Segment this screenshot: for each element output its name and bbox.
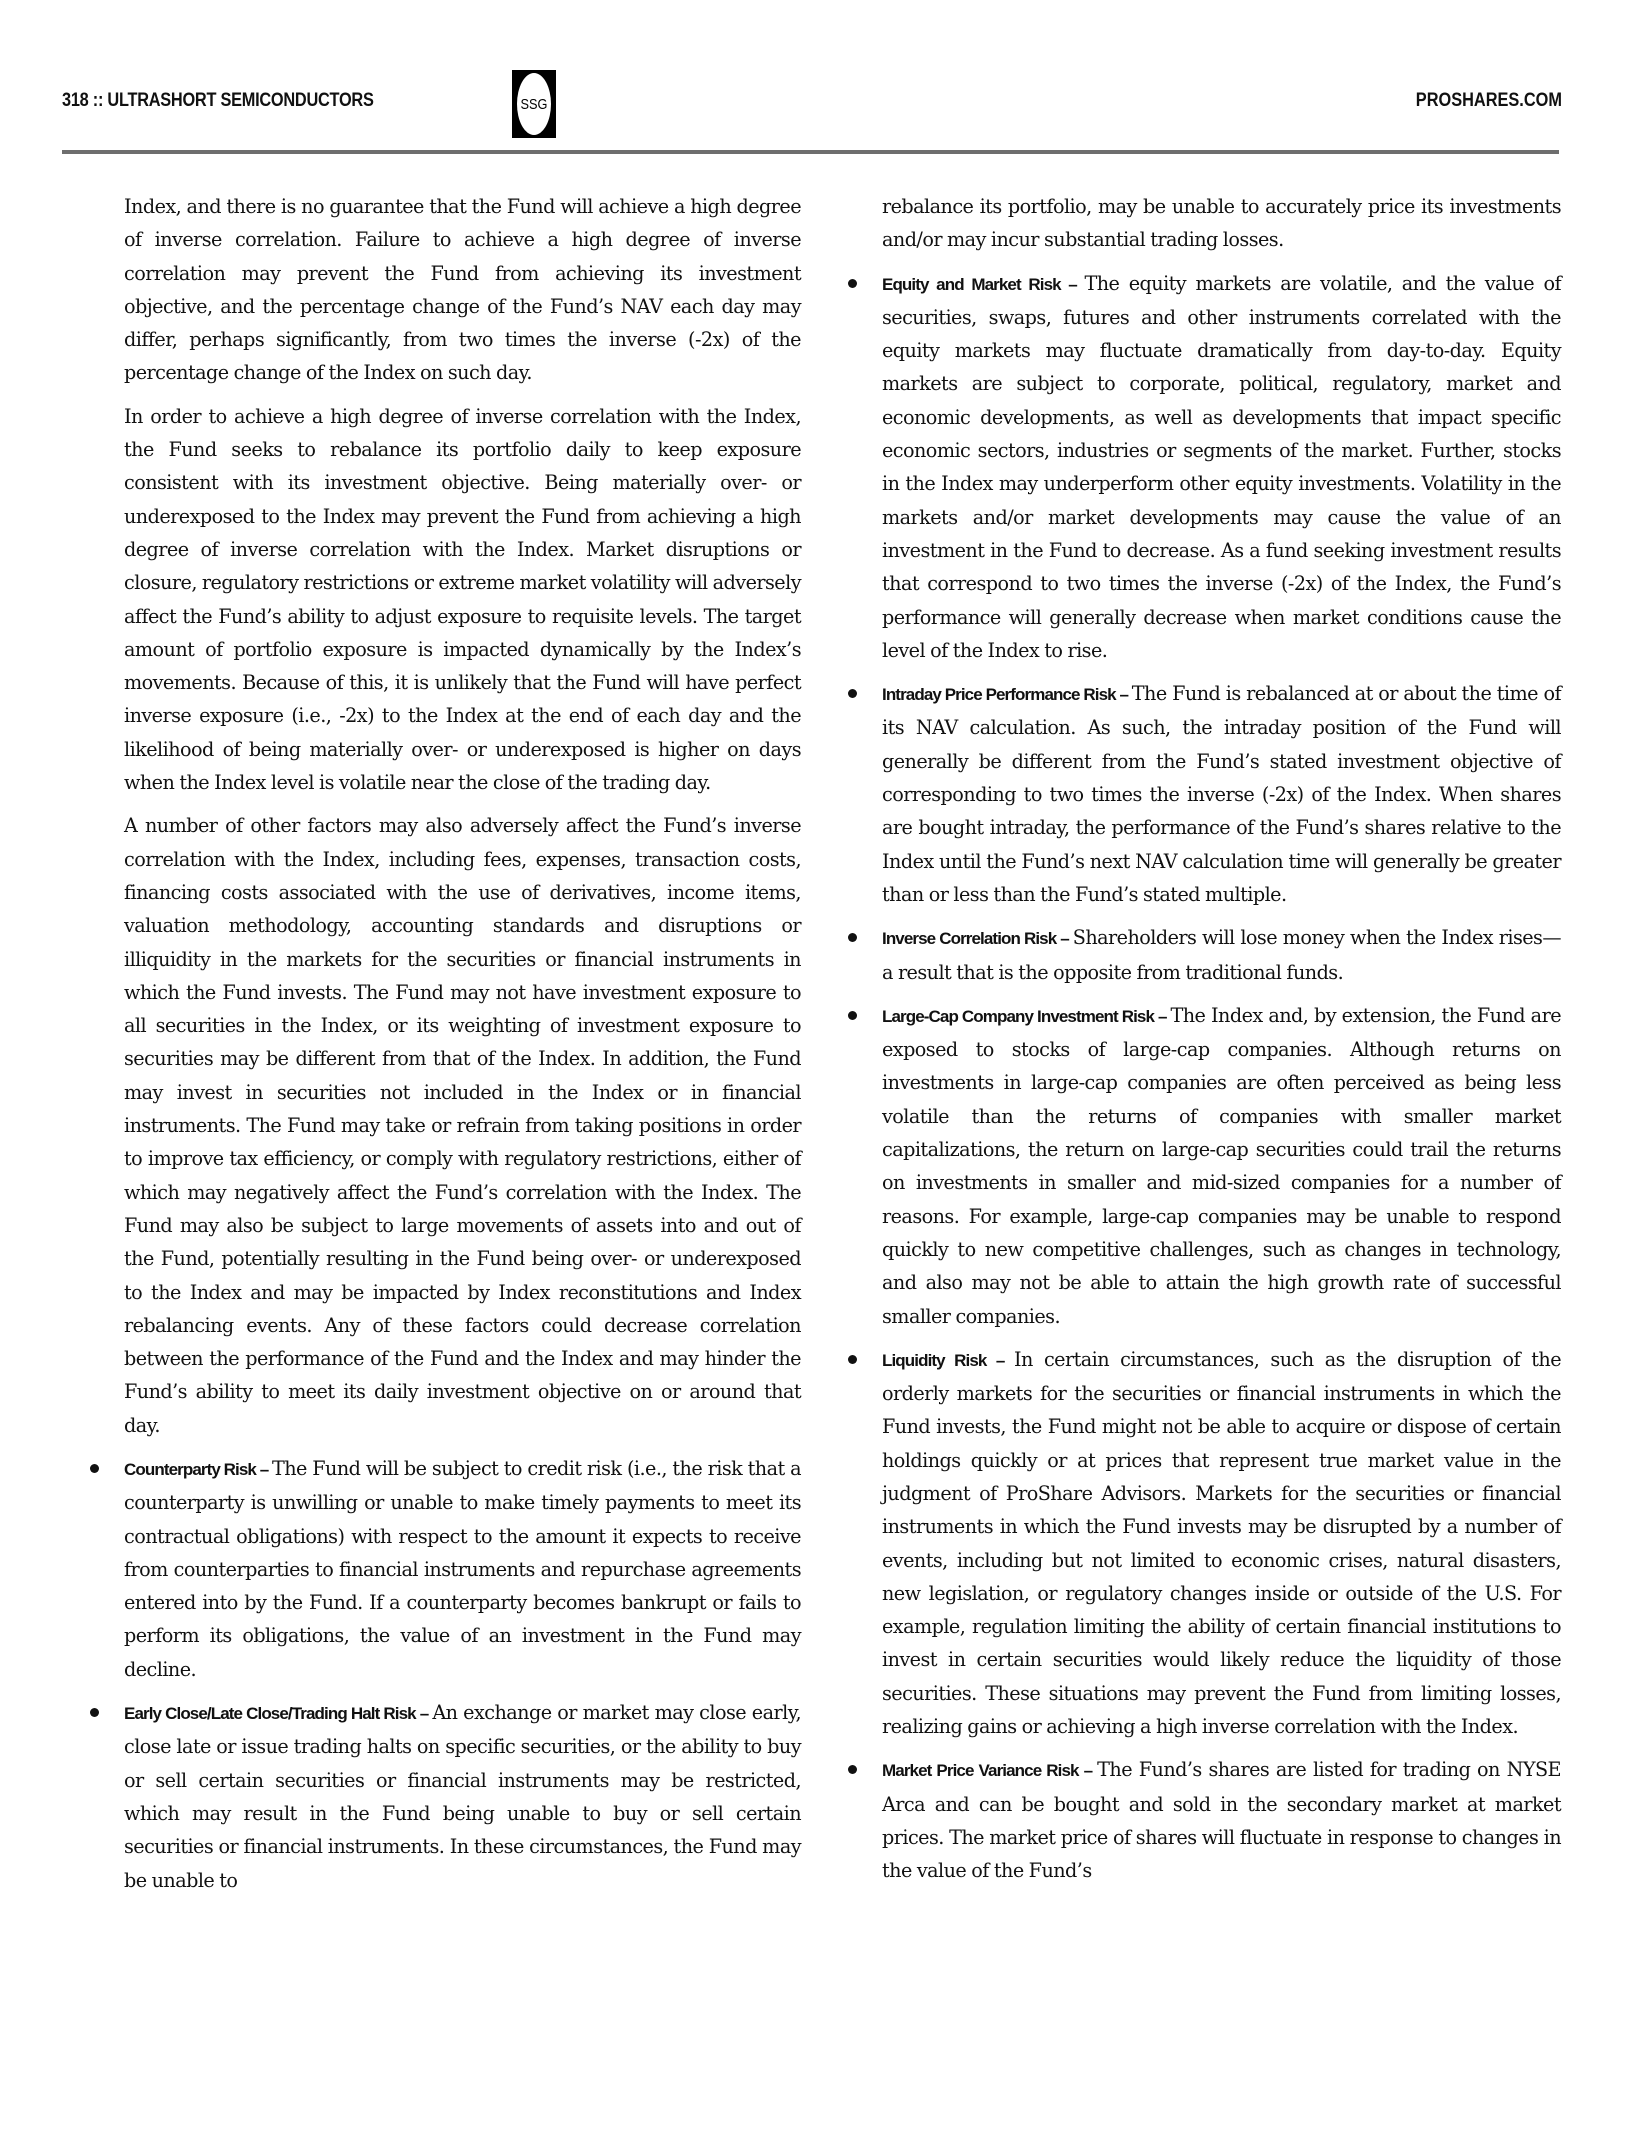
risk-text: The Fund is rebalanced at or about the t… [882,682,1561,906]
risk-heading: Early Close/Late Close/Trading Halt Risk… [124,1704,432,1723]
bullet-icon [848,1011,857,1020]
risk-text: An exchange or market may close early, c… [124,1701,801,1891]
risk-item-early-close: Early Close/Late Close/Trading Halt Risk… [124,1696,801,1897]
risk-heading: Equity and Market Risk – [882,275,1085,294]
risk-heading: Liquidity Risk – [882,1351,1014,1370]
page-number-and-fund-title: 318 :: ULTRASHORT SEMICONDUCTORS [62,90,374,112]
bullet-icon [848,279,857,288]
paragraph: A number of other factors may also adver… [124,809,801,1442]
risk-heading: Intraday Price Performance Risk – [882,685,1132,704]
risk-heading: Market Price Variance Risk – [882,1761,1097,1780]
bullet-icon [848,689,857,698]
ticker-badge: SSG [512,70,556,138]
risk-item-inverse-correlation: Inverse Correlation Risk – Shareholders … [882,921,1561,989]
ticker-symbol: SSG [517,73,551,135]
risk-item-market-price-variance: Market Price Variance Risk – The Fund’s … [882,1753,1561,1887]
bullet-icon [90,1708,99,1717]
bullet-icon [848,1355,857,1364]
risk-heading: Large-Cap Company Investment Risk – [882,1007,1170,1026]
risk-item-counterparty: Counterparty Risk – The Fund will be sub… [124,1452,801,1686]
risk-item-liquidity: Liquidity Risk – In certain circumstance… [882,1343,1561,1744]
risk-text: The Fund will be subject to credit risk … [124,1457,801,1681]
left-column: Index, and there is no guarantee that th… [124,190,801,1907]
risk-heading: Inverse Correlation Risk – [882,929,1073,948]
risk-heading: Counterparty Risk – [124,1460,272,1479]
bullet-icon [848,933,857,942]
site-url: PROSHARES.COM [1416,90,1562,112]
risk-item-equity-market: Equity and Market Risk – The equity mark… [882,267,1561,668]
paragraph: Index, and there is no guarantee that th… [124,190,801,390]
right-column: rebalance its portfolio, may be unable t… [882,190,1561,1898]
bullet-icon [90,1464,99,1473]
risk-item-large-cap: Large-Cap Company Investment Risk – The … [882,999,1561,1333]
bullet-icon [848,1765,857,1774]
risk-text: The equity markets are volatile, and the… [882,272,1561,662]
risk-text: In certain circumstances, such as the di… [882,1348,1561,1738]
paragraph: In order to achieve a high degree of inv… [124,400,801,800]
paragraph-continuation: rebalance its portfolio, may be unable t… [882,190,1561,257]
page-header: 318 :: ULTRASHORT SEMICONDUCTORS PROSHAR… [62,78,1562,158]
risk-text: The Index and, by extension, the Fund ar… [882,1004,1561,1328]
header-divider [62,150,1559,154]
risk-item-intraday: Intraday Price Performance Risk – The Fu… [882,677,1561,911]
